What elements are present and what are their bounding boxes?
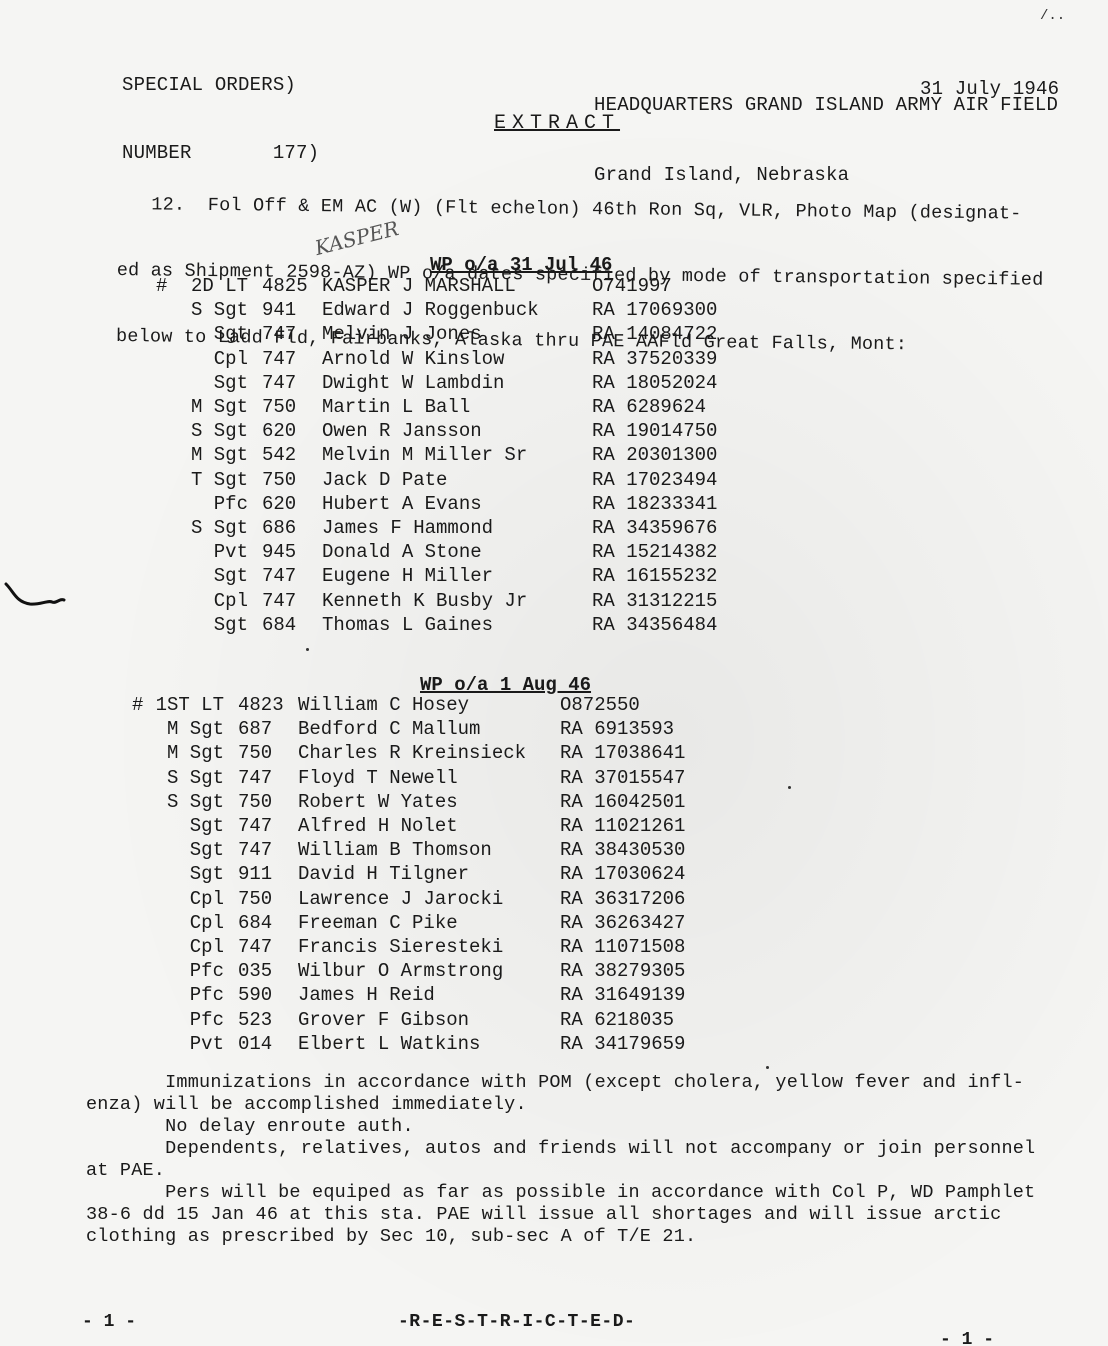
officer-mark <box>132 838 154 862</box>
serial-number: RA 34359676 <box>592 516 752 540</box>
serial-number: RA 15214382 <box>592 540 752 564</box>
body-line: at PAE. <box>86 1160 1066 1182</box>
mos-code: 747 <box>238 838 298 862</box>
officer-mark <box>132 766 154 790</box>
rank: 1ST LT <box>154 693 238 717</box>
serial-number: RA 37520339 <box>592 347 752 371</box>
officer-mark <box>132 935 154 959</box>
roster-row: Sgt747William B ThomsonRA 38430530 <box>132 838 720 862</box>
person-name: Bedford C Mallum <box>298 717 560 741</box>
mos-code: 747 <box>238 814 298 838</box>
roster-row: Sgt747Eugene H MillerRA 16155232 <box>156 564 752 588</box>
mos-code: 620 <box>262 492 322 516</box>
person-name: Robert W Yates <box>298 790 560 814</box>
mos-code: 750 <box>262 395 322 419</box>
roster-row: #2D LT4825KASPER J MARSHALLO741997 <box>156 274 752 298</box>
rank: Sgt <box>154 814 238 838</box>
rank: Sgt <box>178 371 262 395</box>
rank: Pfc <box>178 492 262 516</box>
serial-number: RA 37015547 <box>560 766 720 790</box>
roster-row: Cpl747Arnold W KinslowRA 37520339 <box>156 347 752 371</box>
rank: Pfc <box>154 983 238 1007</box>
rank: M Sgt <box>178 443 262 467</box>
officer-mark <box>156 322 178 346</box>
officer-mark: # <box>132 693 154 717</box>
rank: Cpl <box>154 935 238 959</box>
rank: Cpl <box>154 911 238 935</box>
group-heading-31-jul: WP o/a 31 Jul 46 <box>430 254 612 276</box>
body-line: enza) will be accomplished immediately. <box>86 1094 1066 1116</box>
person-name: William C Hosey <box>298 693 560 717</box>
roster-row: Sgt911David H TilgnerRA 17030624 <box>132 862 720 886</box>
person-name: Dwight W Lambdin <box>322 371 592 395</box>
roster-row: Sgt747Alfred H NoletRA 11021261 <box>132 814 720 838</box>
rank: Cpl <box>178 588 262 612</box>
roster-row: Sgt747Melvin J JonesRA 14084722 <box>156 322 752 346</box>
serial-number: RA 6289624 <box>592 395 752 419</box>
officer-mark <box>132 741 154 765</box>
officer-mark <box>156 588 178 612</box>
roster-row: S Sgt750Robert W YatesRA 16042501 <box>132 790 720 814</box>
officer-mark <box>132 887 154 911</box>
body-line: clothing as prescribed by Sec 10, sub-se… <box>86 1226 1066 1248</box>
rank: M Sgt <box>154 741 238 765</box>
mos-code: 747 <box>262 371 322 395</box>
roster-row: S Sgt941Edward J RoggenbuckRA 17069300 <box>156 298 752 322</box>
serial-number: RA 17069300 <box>592 298 752 322</box>
body-line: No delay enroute auth. <box>86 1116 1066 1138</box>
mos-code: 747 <box>262 322 322 346</box>
instructions-body: Immunizations in accordance with POM (ex… <box>86 1072 1066 1248</box>
serial-number: RA 14084722 <box>592 322 752 346</box>
officer-mark <box>132 862 154 886</box>
rank: Pvt <box>154 1032 238 1056</box>
person-name: Grover F Gibson <box>298 1007 560 1031</box>
roster-row: Pfc620Hubert A EvansRA 18233341 <box>156 492 752 516</box>
roster-row: Pfc035Wilbur O ArmstrongRA 38279305 <box>132 959 720 983</box>
roster-row: Cpl750Lawrence J JarockiRA 36317206 <box>132 887 720 911</box>
mos-code: 014 <box>238 1032 298 1056</box>
person-name: James H Reid <box>298 983 560 1007</box>
person-name: William B Thomson <box>298 838 560 862</box>
officer-mark <box>156 443 178 467</box>
rank: Pfc <box>154 1007 238 1031</box>
person-name: Elbert L Watkins <box>298 1032 560 1056</box>
serial-number: RA 16042501 <box>560 790 720 814</box>
mos-code: 590 <box>238 983 298 1007</box>
mos-code: 684 <box>238 911 298 935</box>
roster-row: M Sgt750Charles R KreinsieckRA 17038641 <box>132 741 720 765</box>
rank: Cpl <box>178 347 262 371</box>
mos-code: 620 <box>262 419 322 443</box>
body-line: Immunizations in accordance with POM (ex… <box>86 1072 1066 1094</box>
officer-mark: # <box>156 274 178 298</box>
page-number-left: - 1 - <box>82 1312 136 1332</box>
officer-mark <box>156 347 178 371</box>
body-line: 38-6 dd 15 Jan 46 at this sta. PAE will … <box>86 1204 1066 1226</box>
officer-mark <box>156 468 178 492</box>
mos-code: 747 <box>238 935 298 959</box>
roster-table-1-aug: #1ST LT4823William C HoseyO872550M Sgt68… <box>132 693 720 1056</box>
person-name: Donald A Stone <box>322 540 592 564</box>
intro-line: 12. Fol Off & EM AC (W) (Flt echelon) 46… <box>117 194 1097 226</box>
serial-number: RA 11021261 <box>560 814 720 838</box>
serial-number: RA 31312215 <box>592 588 752 612</box>
mos-code: 750 <box>238 741 298 765</box>
officer-mark <box>132 1007 154 1031</box>
person-name: Edward J Roggenbuck <box>322 298 592 322</box>
rank: Sgt <box>154 838 238 862</box>
person-name: Owen R Jansson <box>322 419 592 443</box>
roster-row: Sgt747Dwight W LambdinRA 18052024 <box>156 371 752 395</box>
roster-row: M Sgt750Martin L BallRA 6289624 <box>156 395 752 419</box>
mos-code: 911 <box>238 862 298 886</box>
serial-number: O872550 <box>560 693 720 717</box>
officer-mark <box>132 911 154 935</box>
person-name: Wilbur O Armstrong <box>298 959 560 983</box>
officer-mark <box>156 540 178 564</box>
mos-code: 750 <box>262 468 322 492</box>
rank: Sgt <box>178 613 262 637</box>
rank: S Sgt <box>154 790 238 814</box>
mos-code: 686 <box>262 516 322 540</box>
person-name: David H Tilgner <box>298 862 560 886</box>
document-title: EXTRACT <box>494 113 620 135</box>
mos-code: 684 <box>262 613 322 637</box>
roster-row: Pvt945Donald A StoneRA 15214382 <box>156 540 752 564</box>
rank: Sgt <box>178 564 262 588</box>
serial-number: O741997 <box>592 274 752 298</box>
serial-number: RA 18052024 <box>592 371 752 395</box>
mos-code: 747 <box>262 347 322 371</box>
roster-row: T Sgt750Jack D PateRA 17023494 <box>156 468 752 492</box>
roster-row: Pfc523Grover F GibsonRA 6218035 <box>132 1007 720 1031</box>
corner-mark: /.. <box>1040 8 1065 24</box>
rank: M Sgt <box>154 717 238 741</box>
serial-number: RA 18233341 <box>592 492 752 516</box>
serial-number: RA 17038641 <box>560 741 720 765</box>
person-name: Thomas L Gaines <box>322 613 592 637</box>
person-name: Eugene H Miller <box>322 564 592 588</box>
officer-mark <box>156 419 178 443</box>
person-name: Floyd T Newell <box>298 766 560 790</box>
body-line: Dependents, relatives, autos and friends… <box>86 1138 1066 1160</box>
rank: Sgt <box>178 322 262 346</box>
rank: S Sgt <box>154 766 238 790</box>
roster-row: S Sgt686James F HammondRA 34359676 <box>156 516 752 540</box>
person-name: Freeman C Pike <box>298 911 560 935</box>
person-name: KASPER J MARSHALL <box>322 274 592 298</box>
roster-row: M Sgt542Melvin M Miller SrRA 20301300 <box>156 443 752 467</box>
mos-code: 747 <box>238 766 298 790</box>
person-name: James F Hammond <box>322 516 592 540</box>
page-number-right: - 1 - <box>940 1330 994 1346</box>
document-page: /.. SPECIAL ORDERS) NUMBER 177) HEADQUAR… <box>0 0 1108 1346</box>
roster-row: Cpl747Kenneth K Busby JrRA 31312215 <box>156 588 752 612</box>
speck <box>788 786 791 789</box>
mos-code: 542 <box>262 443 322 467</box>
roster-row: Pfc590James H ReidRA 31649139 <box>132 983 720 1007</box>
roster-row: Cpl684Freeman C PikeRA 36263427 <box>132 911 720 935</box>
serial-number: RA 6218035 <box>560 1007 720 1031</box>
mos-code: 941 <box>262 298 322 322</box>
roster-row: S Sgt747Floyd T NewellRA 37015547 <box>132 766 720 790</box>
roster-row: #1ST LT4823William C HoseyO872550 <box>132 693 720 717</box>
mos-code: 747 <box>262 564 322 588</box>
mos-code: 750 <box>238 887 298 911</box>
rank: S Sgt <box>178 419 262 443</box>
serial-number: RA 17023494 <box>592 468 752 492</box>
mos-code: 4825 <box>262 274 322 298</box>
special-orders-line: SPECIAL ORDERS) <box>122 74 319 98</box>
serial-number: RA 38279305 <box>560 959 720 983</box>
person-name: Kenneth K Busby Jr <box>322 588 592 612</box>
serial-number: RA 6913593 <box>560 717 720 741</box>
officer-mark <box>132 959 154 983</box>
officer-mark <box>132 717 154 741</box>
person-name: Jack D Pate <box>322 468 592 492</box>
officer-mark <box>156 492 178 516</box>
officer-mark <box>132 814 154 838</box>
officer-mark <box>156 395 178 419</box>
serial-number: RA 31649139 <box>560 983 720 1007</box>
rank: S Sgt <box>178 516 262 540</box>
serial-number: RA 34179659 <box>560 1032 720 1056</box>
serial-number: RA 36317206 <box>560 887 720 911</box>
officer-mark <box>156 516 178 540</box>
roster-row: Cpl747Francis SierestekiRA 11071508 <box>132 935 720 959</box>
officer-mark <box>156 613 178 637</box>
person-name: Alfred H Nolet <box>298 814 560 838</box>
mos-code: 945 <box>262 540 322 564</box>
roster-row: Sgt684Thomas L GainesRA 34356484 <box>156 613 752 637</box>
rank: Pvt <box>178 540 262 564</box>
mos-code: 4823 <box>238 693 298 717</box>
officer-mark <box>156 564 178 588</box>
person-name: Martin L Ball <box>322 395 592 419</box>
rank: Cpl <box>154 887 238 911</box>
person-name: Charles R Kreinsieck <box>298 741 560 765</box>
person-name: Lawrence J Jarocki <box>298 887 560 911</box>
person-name: Francis Sieresteki <box>298 935 560 959</box>
mos-code: 523 <box>238 1007 298 1031</box>
officer-mark <box>132 790 154 814</box>
speck <box>306 648 309 651</box>
serial-number: RA 17030624 <box>560 862 720 886</box>
serial-number: RA 11071508 <box>560 935 720 959</box>
person-name: Hubert A Evans <box>322 492 592 516</box>
mos-code: 687 <box>238 717 298 741</box>
serial-number: RA 34356484 <box>592 613 752 637</box>
serial-number: RA 38430530 <box>560 838 720 862</box>
order-date: 31 July 1946 <box>920 78 1059 100</box>
rank: M Sgt <box>178 395 262 419</box>
serial-number: RA 19014750 <box>592 419 752 443</box>
rank: T Sgt <box>178 468 262 492</box>
serial-number: RA 16155232 <box>592 564 752 588</box>
speck <box>766 1066 769 1069</box>
roster-row: M Sgt687Bedford C MallumRA 6913593 <box>132 717 720 741</box>
person-name: Arnold W Kinslow <box>322 347 592 371</box>
margin-pen-mark-icon <box>4 580 66 610</box>
roster-table-31-jul: #2D LT4825KASPER J MARSHALLO741997S Sgt9… <box>156 274 752 637</box>
mos-code: 747 <box>262 588 322 612</box>
classification-marking: -R-E-S-T-R-I-C-T-E-D- <box>398 1312 635 1332</box>
officer-mark <box>156 298 178 322</box>
mos-code: 750 <box>238 790 298 814</box>
rank: S Sgt <box>178 298 262 322</box>
roster-row: S Sgt620Owen R JanssonRA 19014750 <box>156 419 752 443</box>
officer-mark <box>132 983 154 1007</box>
serial-number: RA 36263427 <box>560 911 720 935</box>
mos-code: 035 <box>238 959 298 983</box>
officer-mark <box>156 371 178 395</box>
body-line: Pers will be equiped as far as possible … <box>86 1182 1066 1204</box>
serial-number: RA 20301300 <box>592 443 752 467</box>
rank: Pfc <box>154 959 238 983</box>
rank: 2D LT <box>178 274 262 298</box>
person-name: Melvin M Miller Sr <box>322 443 592 467</box>
roster-row: Pvt014Elbert L WatkinsRA 34179659 <box>132 1032 720 1056</box>
rank: Sgt <box>154 862 238 886</box>
person-name: Melvin J Jones <box>322 322 592 346</box>
officer-mark <box>132 1032 154 1056</box>
